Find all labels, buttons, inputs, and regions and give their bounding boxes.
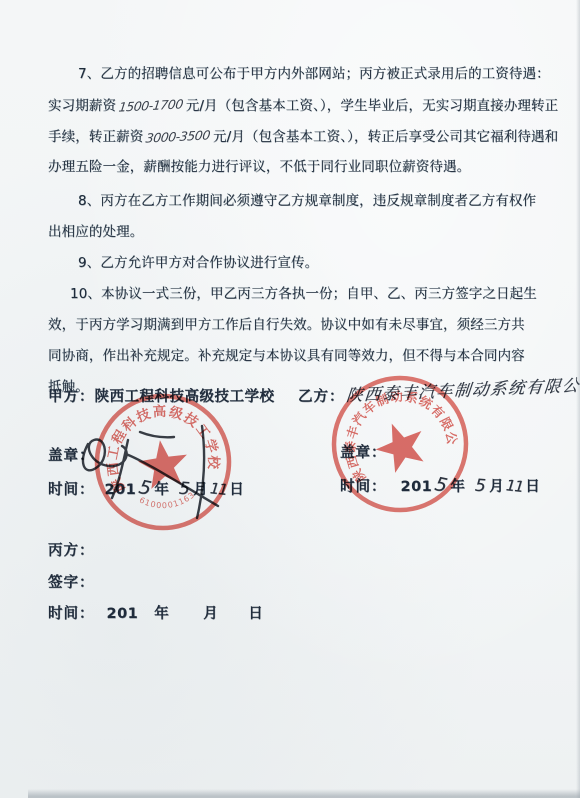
party-b-day-handwritten: 11 [505,473,525,499]
paragraph-10-line-3: 同协商，作出补充规定。补充规定与本协议具有同等效力，但不得与本合同内容 [48,341,548,372]
handwritten-regular-salary: 3000-3500 [144,119,212,153]
scan-edge-right [576,0,580,798]
paragraph-7-line-4: 办理五险一金，薪酬按能力进行评议，不低于同行业同职位薪资待遇。 [48,152,548,183]
paragraph-8: 8、丙方在乙方工作期间必须遵守乙方规章制度，违反规章制度者乙方有权作 出相应的处… [48,186,548,248]
document-page: 7、乙方的招聘信息可公布于甲方内外部网站；丙方被正式录用后的工资待遇： 实习期薪… [0,0,580,798]
party-b-day-unit: 日 [525,479,540,495]
p7-l2-pre: 实习期薪资 [48,98,116,114]
p7-l3-post: 元/月（包含基本工资、），转正后享受公司其它福利待遇和 [213,129,558,145]
paragraph-10-line-2: 效，于丙方学习期满到甲方工作后自行失效。协议中如有未尽事宜，须经三方共 [48,310,548,341]
party-c-sign-label: 签字： [48,575,95,591]
p7-l3-pre: 手续，转正薪资 [48,129,143,145]
star-icon [369,414,432,476]
paragraph-10-line-1: 10、本协议一式三份，甲乙丙三方各执一份；自甲、乙、丙三方签字之日起生 [48,279,548,310]
paragraph-8-line-1: 8、丙方在乙方工作期间必须遵守乙方规章制度，违反规章制度者乙方有权作 [48,186,548,217]
party-c-date-prefix: 201 [107,606,139,622]
paragraph-9: 9、乙方允许甲方对合作协议进行宣传。 [48,248,548,279]
party-a-signature-scrawl [70,410,300,530]
party-c-label: 丙方： [48,543,95,559]
paragraph-7-line-3: 手续，转正薪资3000-3500元/月（包含基本工资、），转正后享受公司其它福利… [48,121,548,152]
paragraph-7: 7、乙方的招聘信息可公布于甲方内外部网站；丙方被正式录用后的工资待遇： 实习期薪… [48,59,548,183]
party-c-year-unit: 年 [154,606,169,622]
party-c-sign-row: 签字： [48,570,95,595]
handwritten-internship-salary: 1500-1700 [117,88,185,122]
paragraph-7-line-1: 7、乙方的招聘信息可公布于甲方内外部网站；丙方被正式录用后的工资待遇： [48,59,548,90]
paragraph-7-line-2: 实习期薪资1500-1700元/月（包含基本工资、），学生毕业后，无实习期直接办… [48,90,548,121]
scan-edge-bottom [28,789,580,798]
paragraph-9-line-1: 9、乙方允许甲方对合作协议进行宣传。 [48,248,548,279]
party-c-time-label: 时间： [48,606,95,622]
party-c-date-row: 时间：201年月日 [48,601,263,626]
party-c-month-unit: 月 [203,606,218,622]
paragraph-8-line-2: 出相应的处理。 [48,217,548,248]
p7-l2-post: 元/月（包含基本工资、），学生毕业后，无实习期直接办理转正 [186,98,559,114]
party-c-day-unit: 日 [248,606,263,622]
party-c-label-row: 丙方： [48,538,95,563]
